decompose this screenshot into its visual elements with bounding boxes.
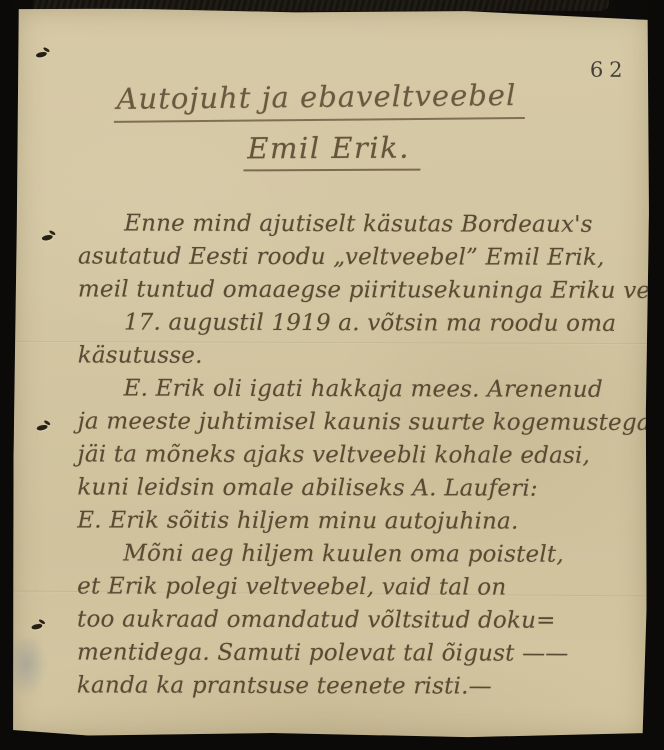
punch-hole	[31, 620, 45, 630]
manuscript-line: mentidega. Samuti polevat tal õigust ——	[77, 636, 643, 670]
manuscript-line: E. Erik sõitis hiljem minu autojuhina.	[77, 504, 643, 538]
document-title: Autojuht ja ebaveltveebel	[113, 78, 524, 123]
page-number: 62	[590, 58, 629, 82]
manuscript-line: ja meeste juhtimisel kaunis suurte kogem…	[78, 405, 644, 439]
manuscript-line: kuni leidsin omale abiliseks A. Lauferi:	[77, 471, 643, 505]
punch-hole	[42, 231, 56, 241]
manuscript-line: E. Erik oli igati hakkaja mees. Arenenud	[78, 372, 644, 406]
manuscript-line: kanda ka prantsuse teenete risti.—	[77, 669, 643, 703]
manuscript-line: too aukraad omandatud võltsitud doku=	[77, 603, 643, 637]
manuscript-line: asutatud Eesti roodu „veltveebel” Emil E…	[78, 240, 644, 274]
manuscript-line: jäi ta mõneks ajaks veltveebli kohale ed…	[77, 438, 643, 472]
manuscript-line: Mõni aeg hiljem kuulen oma poistelt,	[77, 537, 643, 571]
manuscript-body: Enne mind ajutiselt käsutas Bordeaux's a…	[77, 207, 644, 703]
ink-smudge	[10, 638, 46, 696]
manuscript-line: 17. augustil 1919 a. võtsin ma roodu oma	[78, 306, 644, 340]
manuscript-line: käsutusse.	[78, 339, 644, 373]
manuscript-line: meil tuntud omaaegse piiritusekuninga Er…	[78, 273, 644, 307]
punch-hole	[36, 48, 50, 58]
document-subtitle: Emil Erik.	[243, 131, 420, 172]
scanned-manuscript-page: { "document": { "page_number": "62", "ti…	[0, 0, 664, 750]
punch-hole	[37, 421, 51, 431]
manuscript-line: et Erik polegi veltveebel, vaid tal on	[77, 570, 643, 604]
manuscript-paper: 62 Autojuht ja ebaveltveebel Emil Erik. …	[12, 8, 650, 739]
manuscript-line: Enne mind ajutiselt käsutas Bordeaux's	[78, 207, 644, 241]
